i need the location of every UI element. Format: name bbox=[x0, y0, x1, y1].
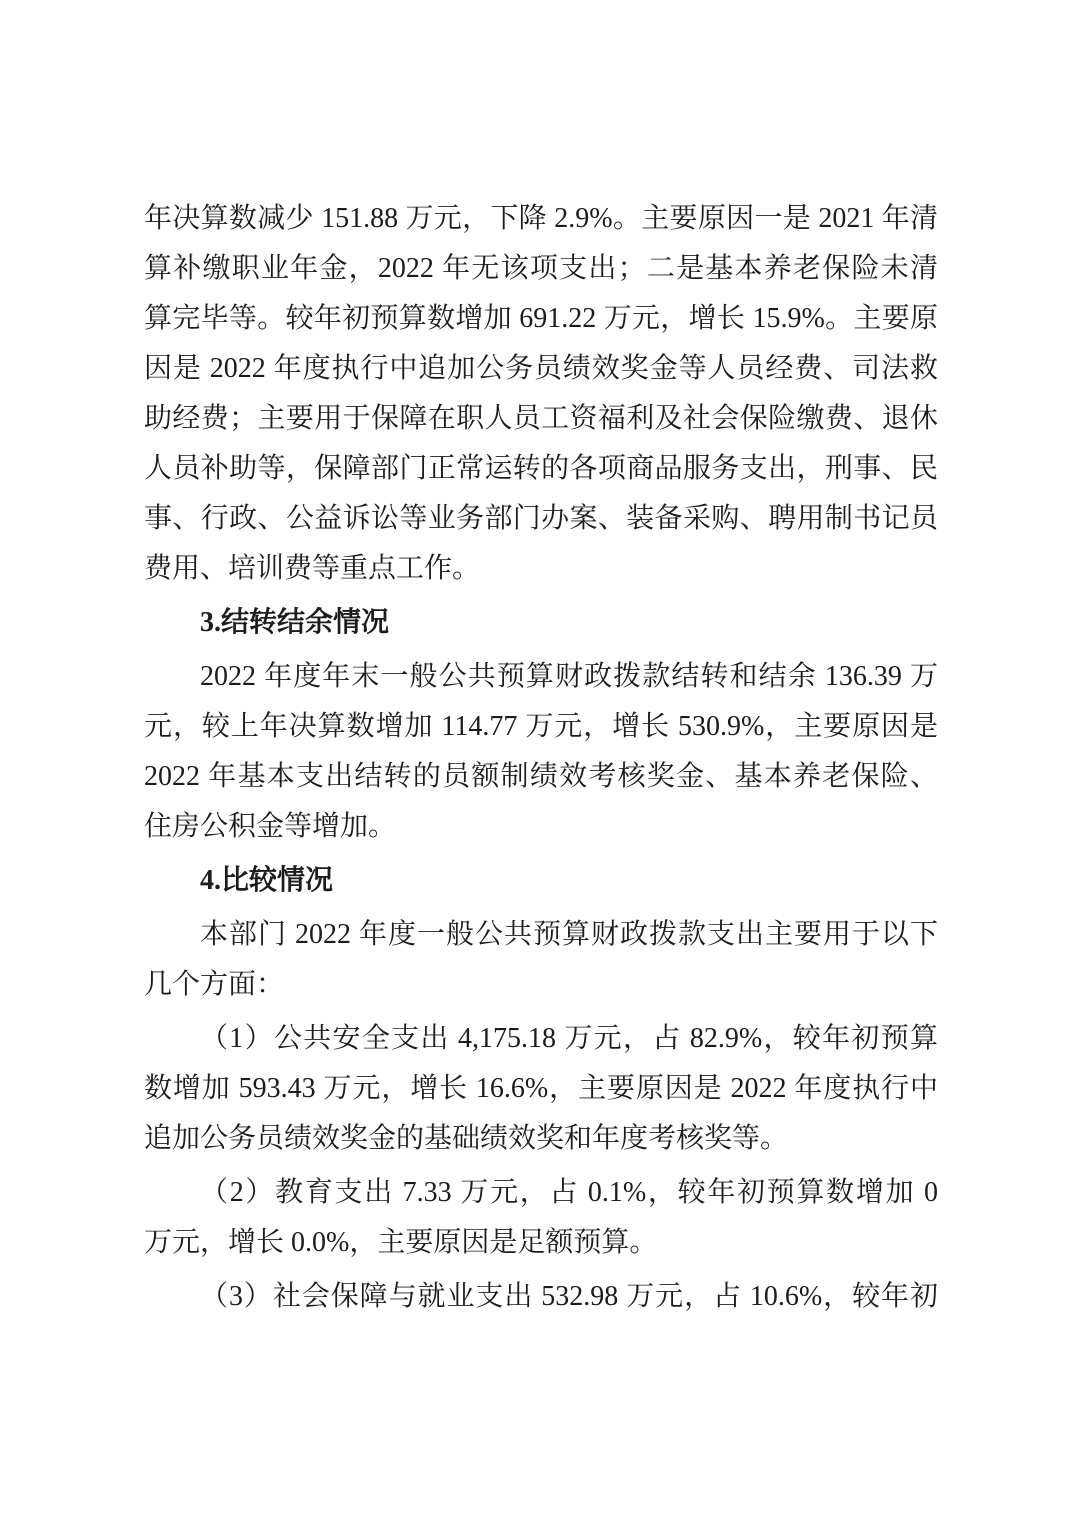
paragraph-carryforward-balance: 2022 年度年末一般公共预算财政拨款结转和结余 136.39 万 元，较上年决… bbox=[144, 652, 938, 852]
body-line: 算完毕等。较年初预算数增加 691.22 万元，增长 15.9%。主要原 bbox=[144, 294, 938, 344]
section-heading-carryforward: 3.结转结余情况 bbox=[144, 598, 938, 648]
body-line: 因是 2022 年度执行中追加公务员绩效奖金等人员经费、司法救 bbox=[144, 344, 938, 394]
body-line: 数增加 593.43 万元，增长 16.6%，主要原因是 2022 年度执行中 bbox=[144, 1064, 938, 1114]
body-line: 几个方面： bbox=[144, 960, 938, 1010]
body-line: 助经费；主要用于保障在职人员工资福利及社会保险缴费、退休 bbox=[144, 394, 938, 444]
paragraph-carryover-expense: 年决算数减少 151.88 万元，下降 2.9%。主要原因一是 2021 年清 … bbox=[144, 194, 938, 594]
body-line: （3）社会保障与就业支出 532.98 万元，占 10.6%，较年初 bbox=[144, 1272, 938, 1322]
body-line: 本部门 2022 年度一般公共预算财政拨款支出主要用于以下 bbox=[144, 910, 938, 960]
paragraph-item-social-security: （3）社会保障与就业支出 532.98 万元，占 10.6%，较年初 bbox=[144, 1272, 938, 1322]
paragraph-item-education: （2）教育支出 7.33 万元，占 0.1%，较年初预算数增加 0 万元，增长 … bbox=[144, 1168, 938, 1268]
body-line: 人员补助等，保障部门正常运转的各项商品服务支出，刑事、民 bbox=[144, 444, 938, 494]
body-line: （1）公共安全支出 4,175.18 万元，占 82.9%，较年初预算 bbox=[144, 1014, 938, 1064]
body-line: 元，较上年决算数增加 114.77 万元，增长 530.9%，主要原因是 bbox=[144, 702, 938, 752]
body-line: 住房公积金等增加。 bbox=[144, 802, 938, 852]
body-line: 2022 年基本支出结转的员额制绩效考核奖金、基本养老保险、 bbox=[144, 752, 938, 802]
document-page: 年决算数减少 151.88 万元，下降 2.9%。主要原因一是 2021 年清 … bbox=[0, 0, 1074, 1520]
body-line: 万元，增长 0.0%，主要原因是足额预算。 bbox=[144, 1218, 938, 1268]
body-line: （2）教育支出 7.33 万元，占 0.1%，较年初预算数增加 0 bbox=[144, 1168, 938, 1218]
body-line: 2022 年度年末一般公共预算财政拨款结转和结余 136.39 万 bbox=[144, 652, 938, 702]
body-line: 事、行政、公益诉讼等业务部门办案、装备采购、聘用制书记员 bbox=[144, 494, 938, 544]
body-line: 费用、培训费等重点工作。 bbox=[144, 544, 938, 594]
paragraph-comparison-intro: 本部门 2022 年度一般公共预算财政拨款支出主要用于以下 几个方面： bbox=[144, 910, 938, 1010]
body-line: 年决算数减少 151.88 万元，下降 2.9%。主要原因一是 2021 年清 bbox=[144, 194, 938, 244]
body-line: 算补缴职业年金，2022 年无该项支出；二是基本养老保险未清 bbox=[144, 244, 938, 294]
body-line: 追加公务员绩效奖金的基础绩效奖和年度考核奖等。 bbox=[144, 1114, 938, 1164]
paragraph-item-public-safety: （1）公共安全支出 4,175.18 万元，占 82.9%，较年初预算 数增加 … bbox=[144, 1014, 938, 1164]
section-heading-comparison: 4.比较情况 bbox=[144, 856, 938, 906]
